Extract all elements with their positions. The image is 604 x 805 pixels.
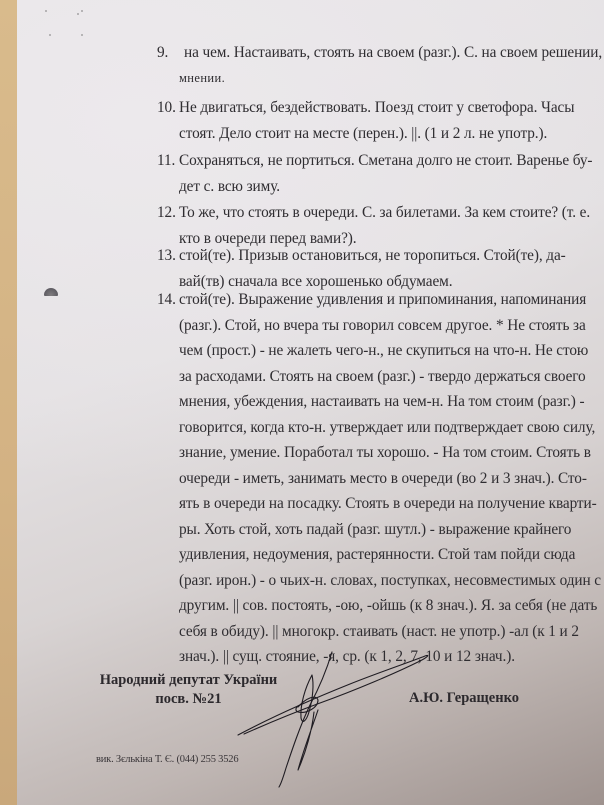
- entry-number: 9.: [157, 40, 168, 66]
- entry-number: 10.: [157, 95, 176, 121]
- entry-line: То же, что стоять в очереди. С. за билет…: [160, 200, 580, 226]
- entry-number: 12.: [157, 200, 176, 226]
- entry-line: знач.). || сущ. стояние, -я, ср. (к 1, 2…: [160, 644, 580, 670]
- entry-line: дет с. всю зиму.: [160, 174, 580, 200]
- entry-line: на чем. Настаивать, стоять на своем (раз…: [160, 40, 580, 66]
- entry-line: очереди - иметь, занимать место в очеред…: [160, 466, 580, 492]
- entry-line: удивления, недоумения, растерянности. Ст…: [160, 542, 580, 568]
- document-text: 9. на чем. Настаивать, стоять на своем (…: [0, 0, 604, 805]
- entry-line: ры. Хоть стой, хоть падай (разг. шутл.) …: [160, 517, 580, 543]
- entry-line: за расходами. Стоять на своем (разг.) - …: [160, 364, 580, 390]
- entry-line: Сохраняться, не портиться. Сметана долго…: [160, 148, 580, 174]
- entry-line: стоят. Дело стоит на месте (перен.). ||.…: [160, 121, 580, 147]
- entry-number: 13.: [157, 243, 176, 269]
- entry-number: 14.: [157, 287, 176, 313]
- entry-line: мнении.: [160, 66, 580, 92]
- deputy-title: Народний депутат України: [96, 671, 281, 690]
- entry-line: стой(те). Выражение удивления и припомин…: [160, 287, 580, 313]
- entry-number: 11.: [157, 148, 175, 174]
- deputy-title-block: Народний депутат України посв. №21: [96, 671, 281, 709]
- entry-14: 14. стой(те). Выражение удивления и прип…: [160, 287, 580, 670]
- entry-line: другим. || сов. постоять, -ою, -ойшь (к …: [160, 593, 580, 619]
- entry-line: ять в очереди на посадку. Стоять в очере…: [160, 491, 580, 517]
- entry-line: (разг. ирон.) - о чьих-н. словах, поступ…: [160, 568, 580, 594]
- entry-line: Не двигаться, бездействовать. Поезд стои…: [160, 95, 580, 121]
- entry-line: чем (прост.) - не жалеть чего-н., не ску…: [160, 338, 580, 364]
- entry-line: мнения, убеждения, настаивать на чем-н. …: [160, 389, 580, 415]
- signatory-name: А.Ю. Геращенко: [409, 689, 519, 708]
- entry-line: (разг.). Стой, но вчера ты говорил совсе…: [160, 313, 580, 339]
- entry-line: стой(те). Призыв остановиться, не торопи…: [160, 243, 580, 269]
- entry-line: себя в обиду). || многокр. стаивать (нас…: [160, 619, 580, 645]
- entry-9: 9. на чем. Настаивать, стоять на своем (…: [160, 40, 580, 91]
- entry-10: 10. Не двигаться, бездействовать. Поезд …: [160, 95, 580, 146]
- entry-line: говорится, когда кто-н. утверждает или п…: [160, 415, 580, 441]
- entry-11: 11. Сохраняться, не портиться. Сметана д…: [160, 148, 580, 199]
- deputy-certificate: посв. №21: [96, 690, 281, 709]
- entry-line: знание, умение. Поработал ты хорошо. - Н…: [160, 440, 580, 466]
- executor-contact: вик. Зєлькіна Т. Є. (044) 255 3526: [96, 754, 238, 765]
